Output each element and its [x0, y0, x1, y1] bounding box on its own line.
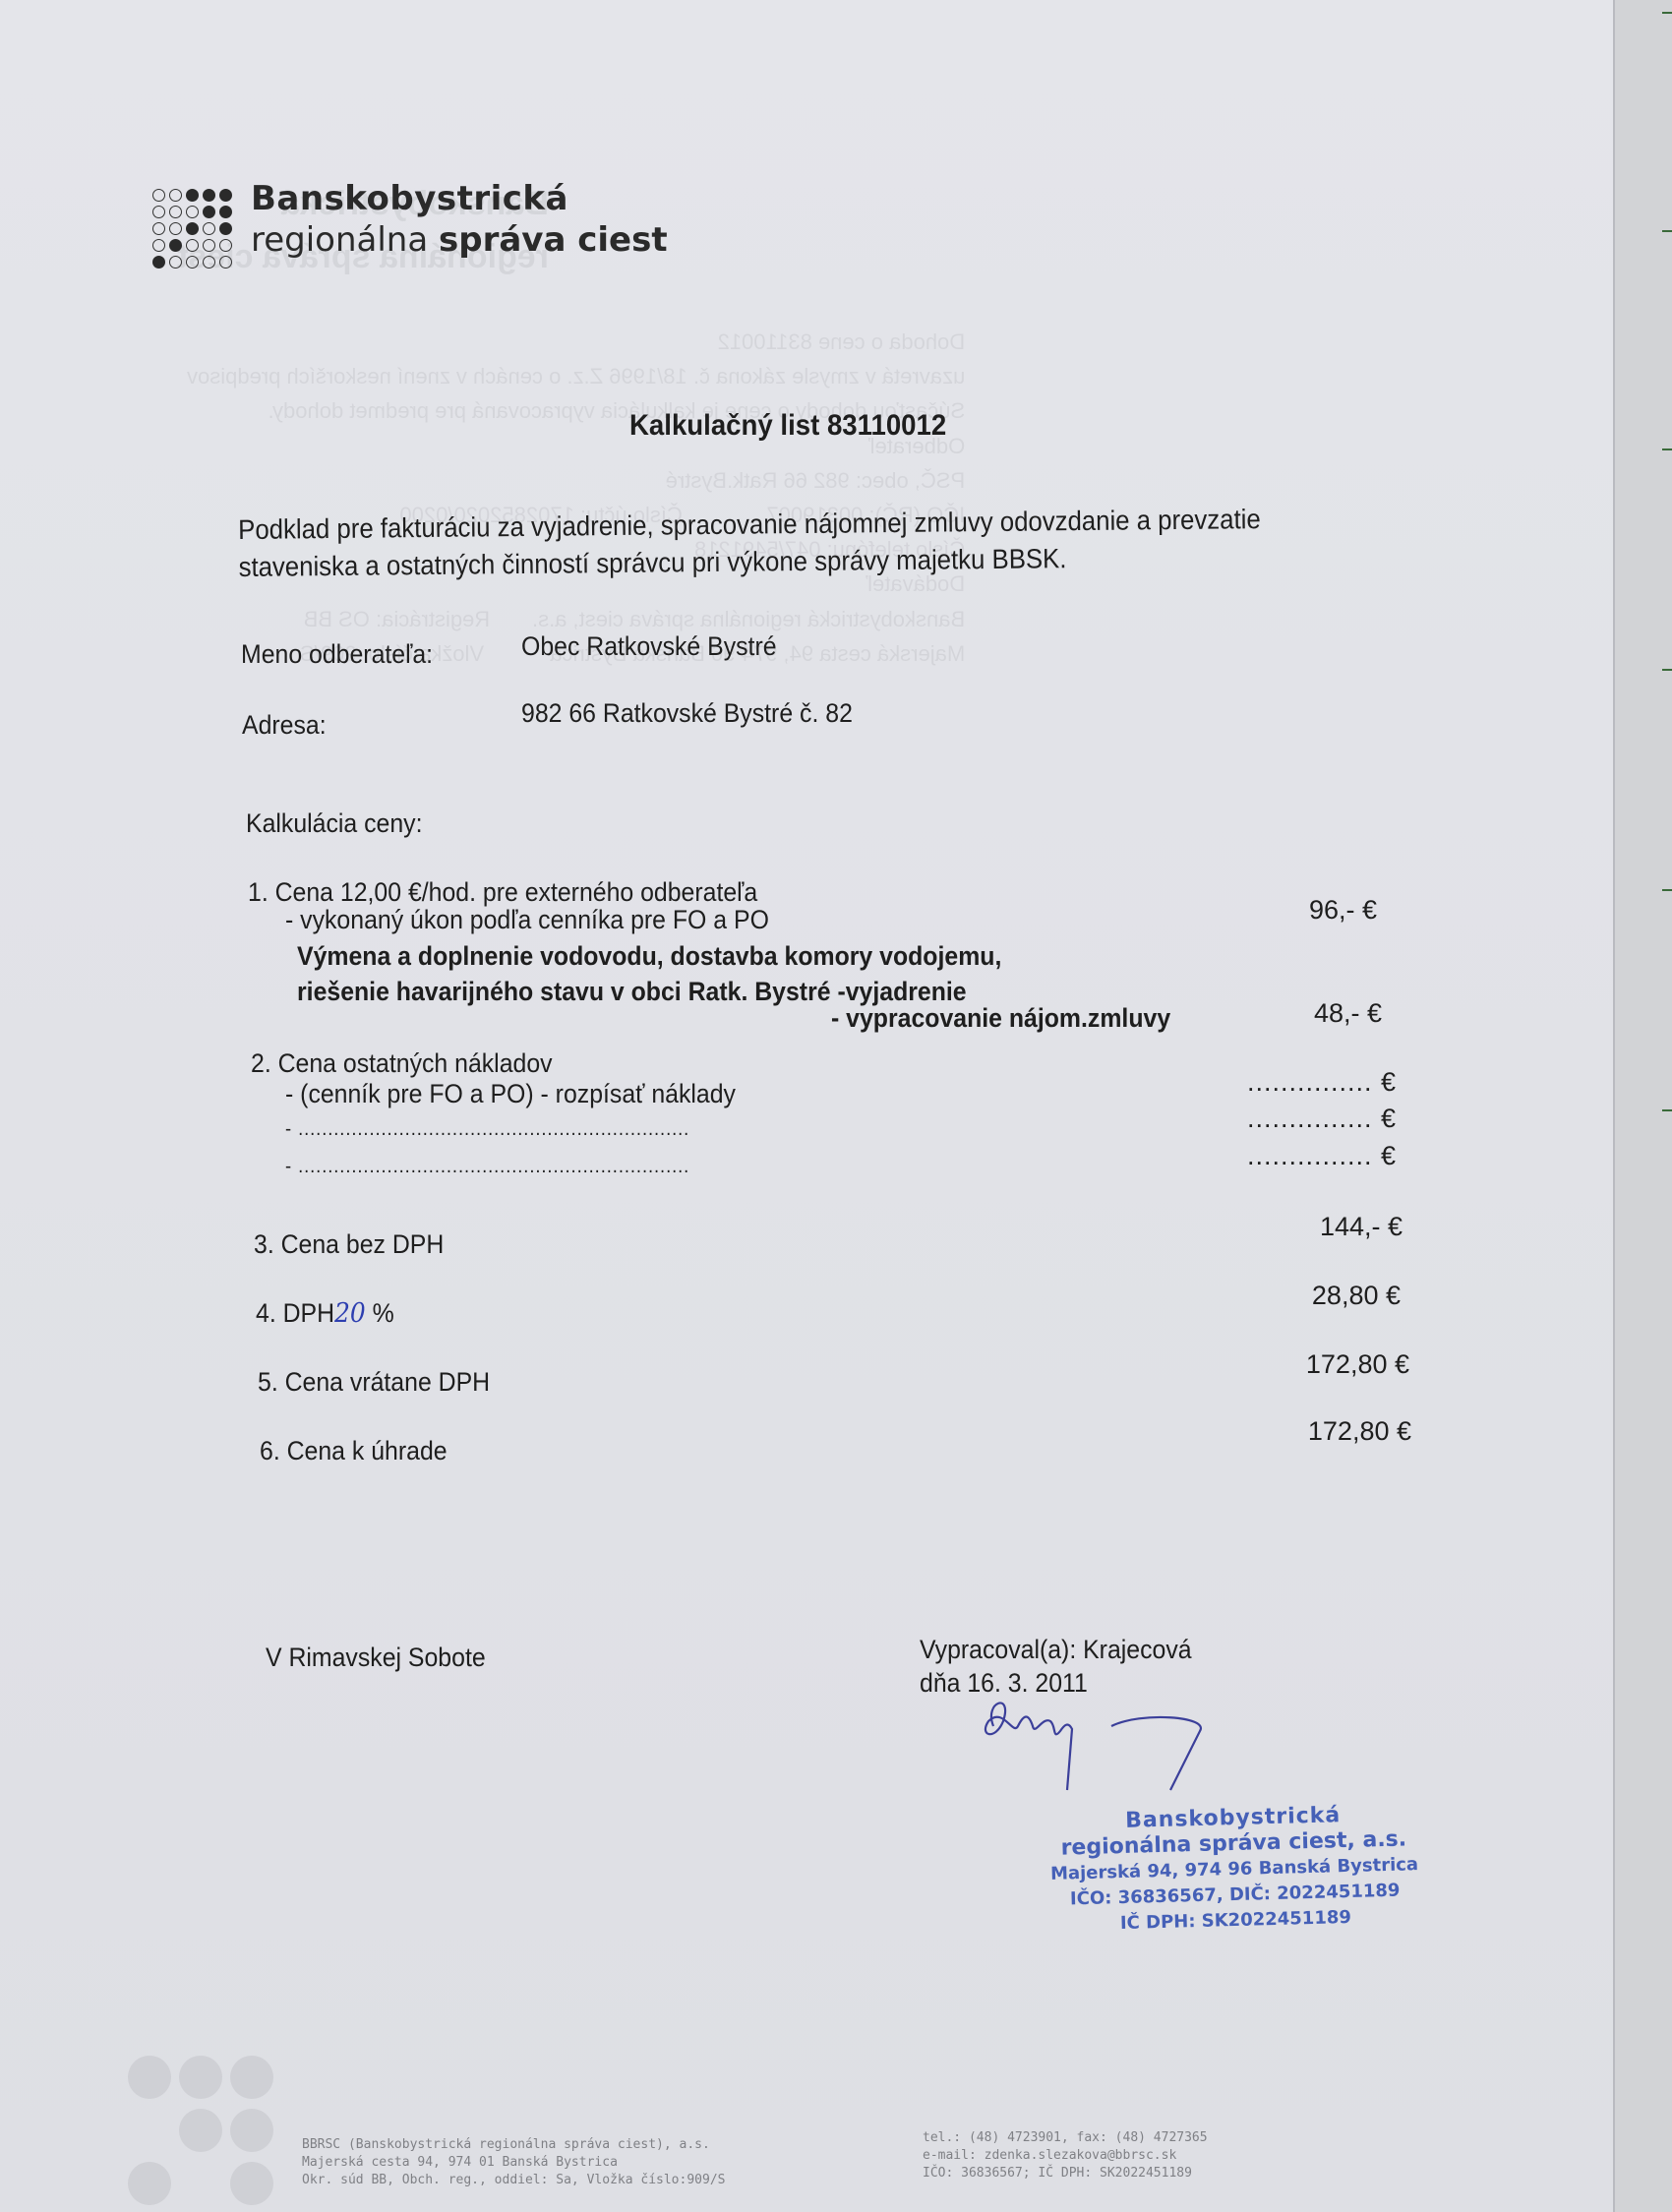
logo-dot: [203, 222, 215, 235]
logo-dot: [152, 239, 165, 252]
logo-dot: [219, 206, 232, 218]
brand-line-2-regular: regionálna: [251, 220, 439, 260]
item1-line1: 1. Cena 12,00 €/hod. pre externého odber…: [248, 877, 757, 908]
company-name: Banskobystrická regionálna správa ciest: [251, 179, 668, 260]
item1-line2: - vykonaný úkon podľa cenníka pre FO a P…: [285, 905, 769, 935]
logo-dot: [203, 256, 215, 269]
customer-address-value: 982 66 Ratkovské Bystré č. 82: [521, 698, 853, 729]
item4-label-prefix: 4. DPH: [256, 1298, 334, 1328]
item1-description-line3: - vypracovanie nájom.zmluvy: [831, 1003, 1170, 1034]
intro-paragraph: Podklad pre fakturáciu za vyjadrenie, sp…: [238, 500, 1351, 586]
logo-dot: [219, 222, 232, 235]
logo-dot: [169, 239, 182, 252]
logo-dot: [169, 206, 182, 218]
logo-dot: [203, 239, 215, 252]
logo-dot: [219, 256, 232, 269]
handwritten-signature-icon: [974, 1682, 1229, 1800]
company-stamp: Banskobystrická regionálna správa ciest,…: [1048, 1801, 1419, 1939]
logo-dot: [152, 222, 165, 235]
item6-label: 6. Cena k úhrade: [260, 1436, 448, 1466]
item2-line1: 2. Cena ostatných nákladov: [251, 1048, 553, 1079]
reverse-side-bleed-body: Dohoda o cene 83110012 uzavretá v zmysle…: [187, 325, 965, 671]
brand-line-2-bold: správa ciest: [439, 220, 668, 260]
logo-dot: [169, 256, 182, 269]
item5-label: 5. Cena vrátane DPH: [258, 1367, 490, 1398]
logo-dot: [203, 189, 215, 202]
item1-amount2: 48,- €: [1185, 998, 1382, 1029]
logo-dot: [169, 189, 182, 202]
logo-dot: [203, 206, 215, 218]
document-title: Kalkulačný list 83110012: [629, 409, 946, 443]
logo-dot: [219, 189, 232, 202]
item2-blank-amount-1: ............... €: [1200, 1067, 1397, 1098]
logo-dot: [186, 256, 199, 269]
logo-dot: [152, 206, 165, 218]
brand-line-2: regionálna správa ciest: [251, 220, 668, 260]
customer-name-label: Meno odberateľa:: [241, 639, 433, 670]
brand-line-1: Banskobystrická: [251, 179, 668, 218]
customer-address-label: Adresa:: [242, 710, 327, 741]
item4-label: 4. DPH20 %: [256, 1298, 394, 1329]
item2-blank-amount-2: ............... €: [1200, 1104, 1397, 1134]
item3-amount: 144,- €: [1206, 1212, 1403, 1242]
item1-description-line1: Výmena a doplnenie vodovodu, dostavba ko…: [297, 941, 1001, 972]
customer-name-value: Obec Ratkovské Bystré: [521, 631, 777, 662]
item3-label: 3. Cena bez DPH: [254, 1229, 444, 1260]
company-logo-icon: [152, 189, 234, 270]
item2-blank-line-2: - ......................................…: [285, 1156, 689, 1178]
footer-contact-info: tel.: (48) 4723901, fax: (48) 4727365 e-…: [923, 2129, 1208, 2182]
scanner-edge-strip: [1615, 0, 1672, 2212]
item4-amount: 28,80 €: [1204, 1281, 1401, 1311]
place-of-issue: V Rimavskej Sobote: [266, 1643, 486, 1673]
logo-dot: [152, 256, 165, 269]
logo-dot: [186, 206, 199, 218]
calculation-heading: Kalkulácia ceny:: [246, 808, 423, 839]
logo-dot: [169, 222, 182, 235]
logo-dot: [152, 189, 165, 202]
item2-line2: - (cenník pre FO a PO) - rozpísať náklad…: [285, 1079, 736, 1109]
logo-dot: [219, 239, 232, 252]
item1-amount1: 96,- €: [1180, 895, 1377, 926]
item5-amount: 172,80 €: [1213, 1349, 1409, 1380]
item2-blank-line-1: - ......................................…: [285, 1118, 689, 1141]
item2-blank-amount-3: ............... €: [1200, 1141, 1397, 1171]
logo-dot: [186, 189, 199, 202]
logo-dot: [186, 239, 199, 252]
item4-label-suffix: %: [366, 1298, 394, 1328]
logo-dot: [186, 222, 199, 235]
footer-logo-watermark-icon: [128, 2056, 275, 2209]
footer-company-info: BBRSC (Banskobystrická regionálna správa…: [302, 2136, 725, 2189]
document-page: Banskobystrická regionálna správa ciest …: [0, 0, 1615, 2212]
item6-amount: 172,80 €: [1215, 1416, 1411, 1447]
prepared-by: Vypracoval(a): Krajecová: [920, 1635, 1192, 1665]
item4-handwritten-rate: 20: [334, 1298, 366, 1329]
